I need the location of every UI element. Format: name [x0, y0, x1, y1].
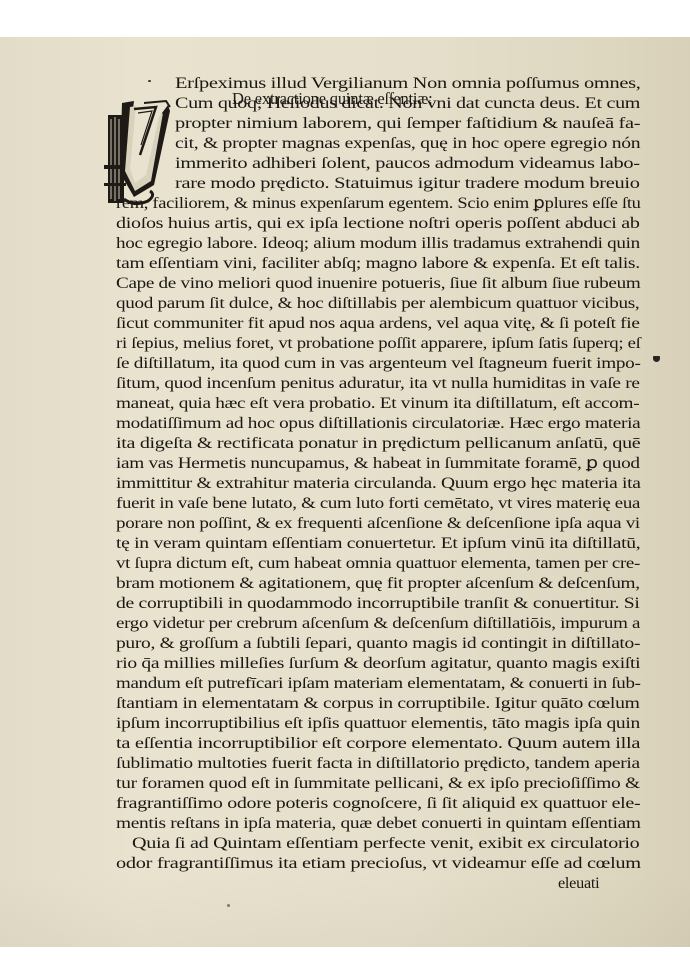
- text-line: puro, & groſſum a ſubtili ſepari, quanto…: [116, 633, 640, 653]
- text-line: ſitum, quod incenſum penitus aduratur, i…: [116, 373, 640, 393]
- margin-ink-mark: [653, 356, 660, 362]
- text-line: hoc egregio labore. Ideoq; alium modum i…: [116, 233, 640, 253]
- text-line: ſe diſtillatum, ita quod cum in vas arge…: [116, 353, 641, 373]
- text-line: Erſpeximus illud Vergilianum Non omnia p…: [175, 73, 640, 93]
- text-line: ipſum incorruptibilius eſt ipſis quattuo…: [116, 713, 640, 733]
- text-line: ergo videtur per crebrum aſcenſum & deſc…: [116, 613, 640, 633]
- text-line: de corruptibili in quodammodo incorrupti…: [116, 593, 640, 613]
- decorated-initial-v-icon: [104, 95, 174, 207]
- text-line: ſicut communiter fit apud nos aqua arden…: [116, 313, 640, 333]
- text-line: tę in veram quintam eſſentiam conuertetu…: [116, 533, 640, 553]
- text-line: ta eſſentia incorruptibilior eſt corpore…: [116, 733, 640, 753]
- text-line: odor fragrantiſſimus ita etiam precioſus…: [116, 853, 641, 873]
- text-line: vt ſupra dictum eſt, cum habeat omnia qu…: [116, 553, 640, 573]
- text-line: rem, faciliorem, & minus expenſarum egen…: [116, 193, 641, 213]
- ink-speck: [227, 904, 230, 907]
- ink-speck: [148, 80, 151, 82]
- text-line: rare modo prędicto. Statuimus igitur tra…: [175, 173, 640, 193]
- text-line: quod parum ſit dulce, & hoc diſtillabis …: [116, 293, 639, 313]
- text-line: ri ſepius, melius foret, vt probatione p…: [116, 333, 641, 353]
- text-line: propter nimium laborem, qui ſemper faſti…: [175, 113, 640, 133]
- text-line: Cape de vino meliori quod inuenire potue…: [116, 273, 640, 293]
- text-line: porare non poſſint, & ex frequenti aſcen…: [116, 513, 640, 533]
- text-line: rio q̄a millies milleſies ſurſum & deorſ…: [116, 653, 640, 673]
- text-line: tam eſſentiam vini, faciliter abſq; magn…: [116, 253, 640, 273]
- text-line: Cum quoq; Heſiodus dicat. Non vni dat cu…: [175, 93, 640, 113]
- text-line: bram motionem & agitationem, quę fit pro…: [116, 573, 640, 593]
- text-line: immerito adhiberi ſolent, paucos admodum…: [175, 153, 640, 173]
- text-line: cit, & propter magnas expenſas, quę in h…: [175, 133, 640, 153]
- book-page: De extractione quintæ eſſentiæ: Erſpexim…: [0, 37, 690, 947]
- text-line: eleuati: [558, 873, 599, 893]
- text-line: fragrantiſſimo odore poteris cognoſcere,…: [116, 793, 640, 813]
- text-line: dioſos huius artis, qui ex ipſa lectione…: [116, 213, 640, 233]
- text-line: ſublimatio multoties fuerit facta in diſ…: [116, 753, 640, 773]
- text-line: modatiſſimum ad hoc opus diſtillationis …: [116, 413, 640, 433]
- text-line: iam vas Hermetis nuncupamus, & habeat in…: [116, 453, 640, 473]
- text-line: Quia ſi ad Quintam eſſentiam perfecte ve…: [132, 833, 639, 853]
- text-line: maneat, quia hæc eſt vera probatio. Et v…: [116, 393, 639, 413]
- text-line: ita digeſta & rectificata ponatur in prę…: [116, 433, 640, 453]
- text-line: ſtantiam in elementatam & corpus in corr…: [116, 693, 640, 713]
- text-line: mentis reſtans in ipſa materia, quæ debe…: [116, 813, 641, 833]
- text-line: tur foramen quod eſt in ſummitate pellic…: [116, 773, 640, 793]
- text-line: fuerit in vaſe bene lutato, & cum luto f…: [116, 493, 640, 513]
- text-line: immittitur & extrahitur materia circulan…: [116, 473, 641, 493]
- text-line: mandum eſt putrefīcari ipſam materiam el…: [116, 673, 641, 693]
